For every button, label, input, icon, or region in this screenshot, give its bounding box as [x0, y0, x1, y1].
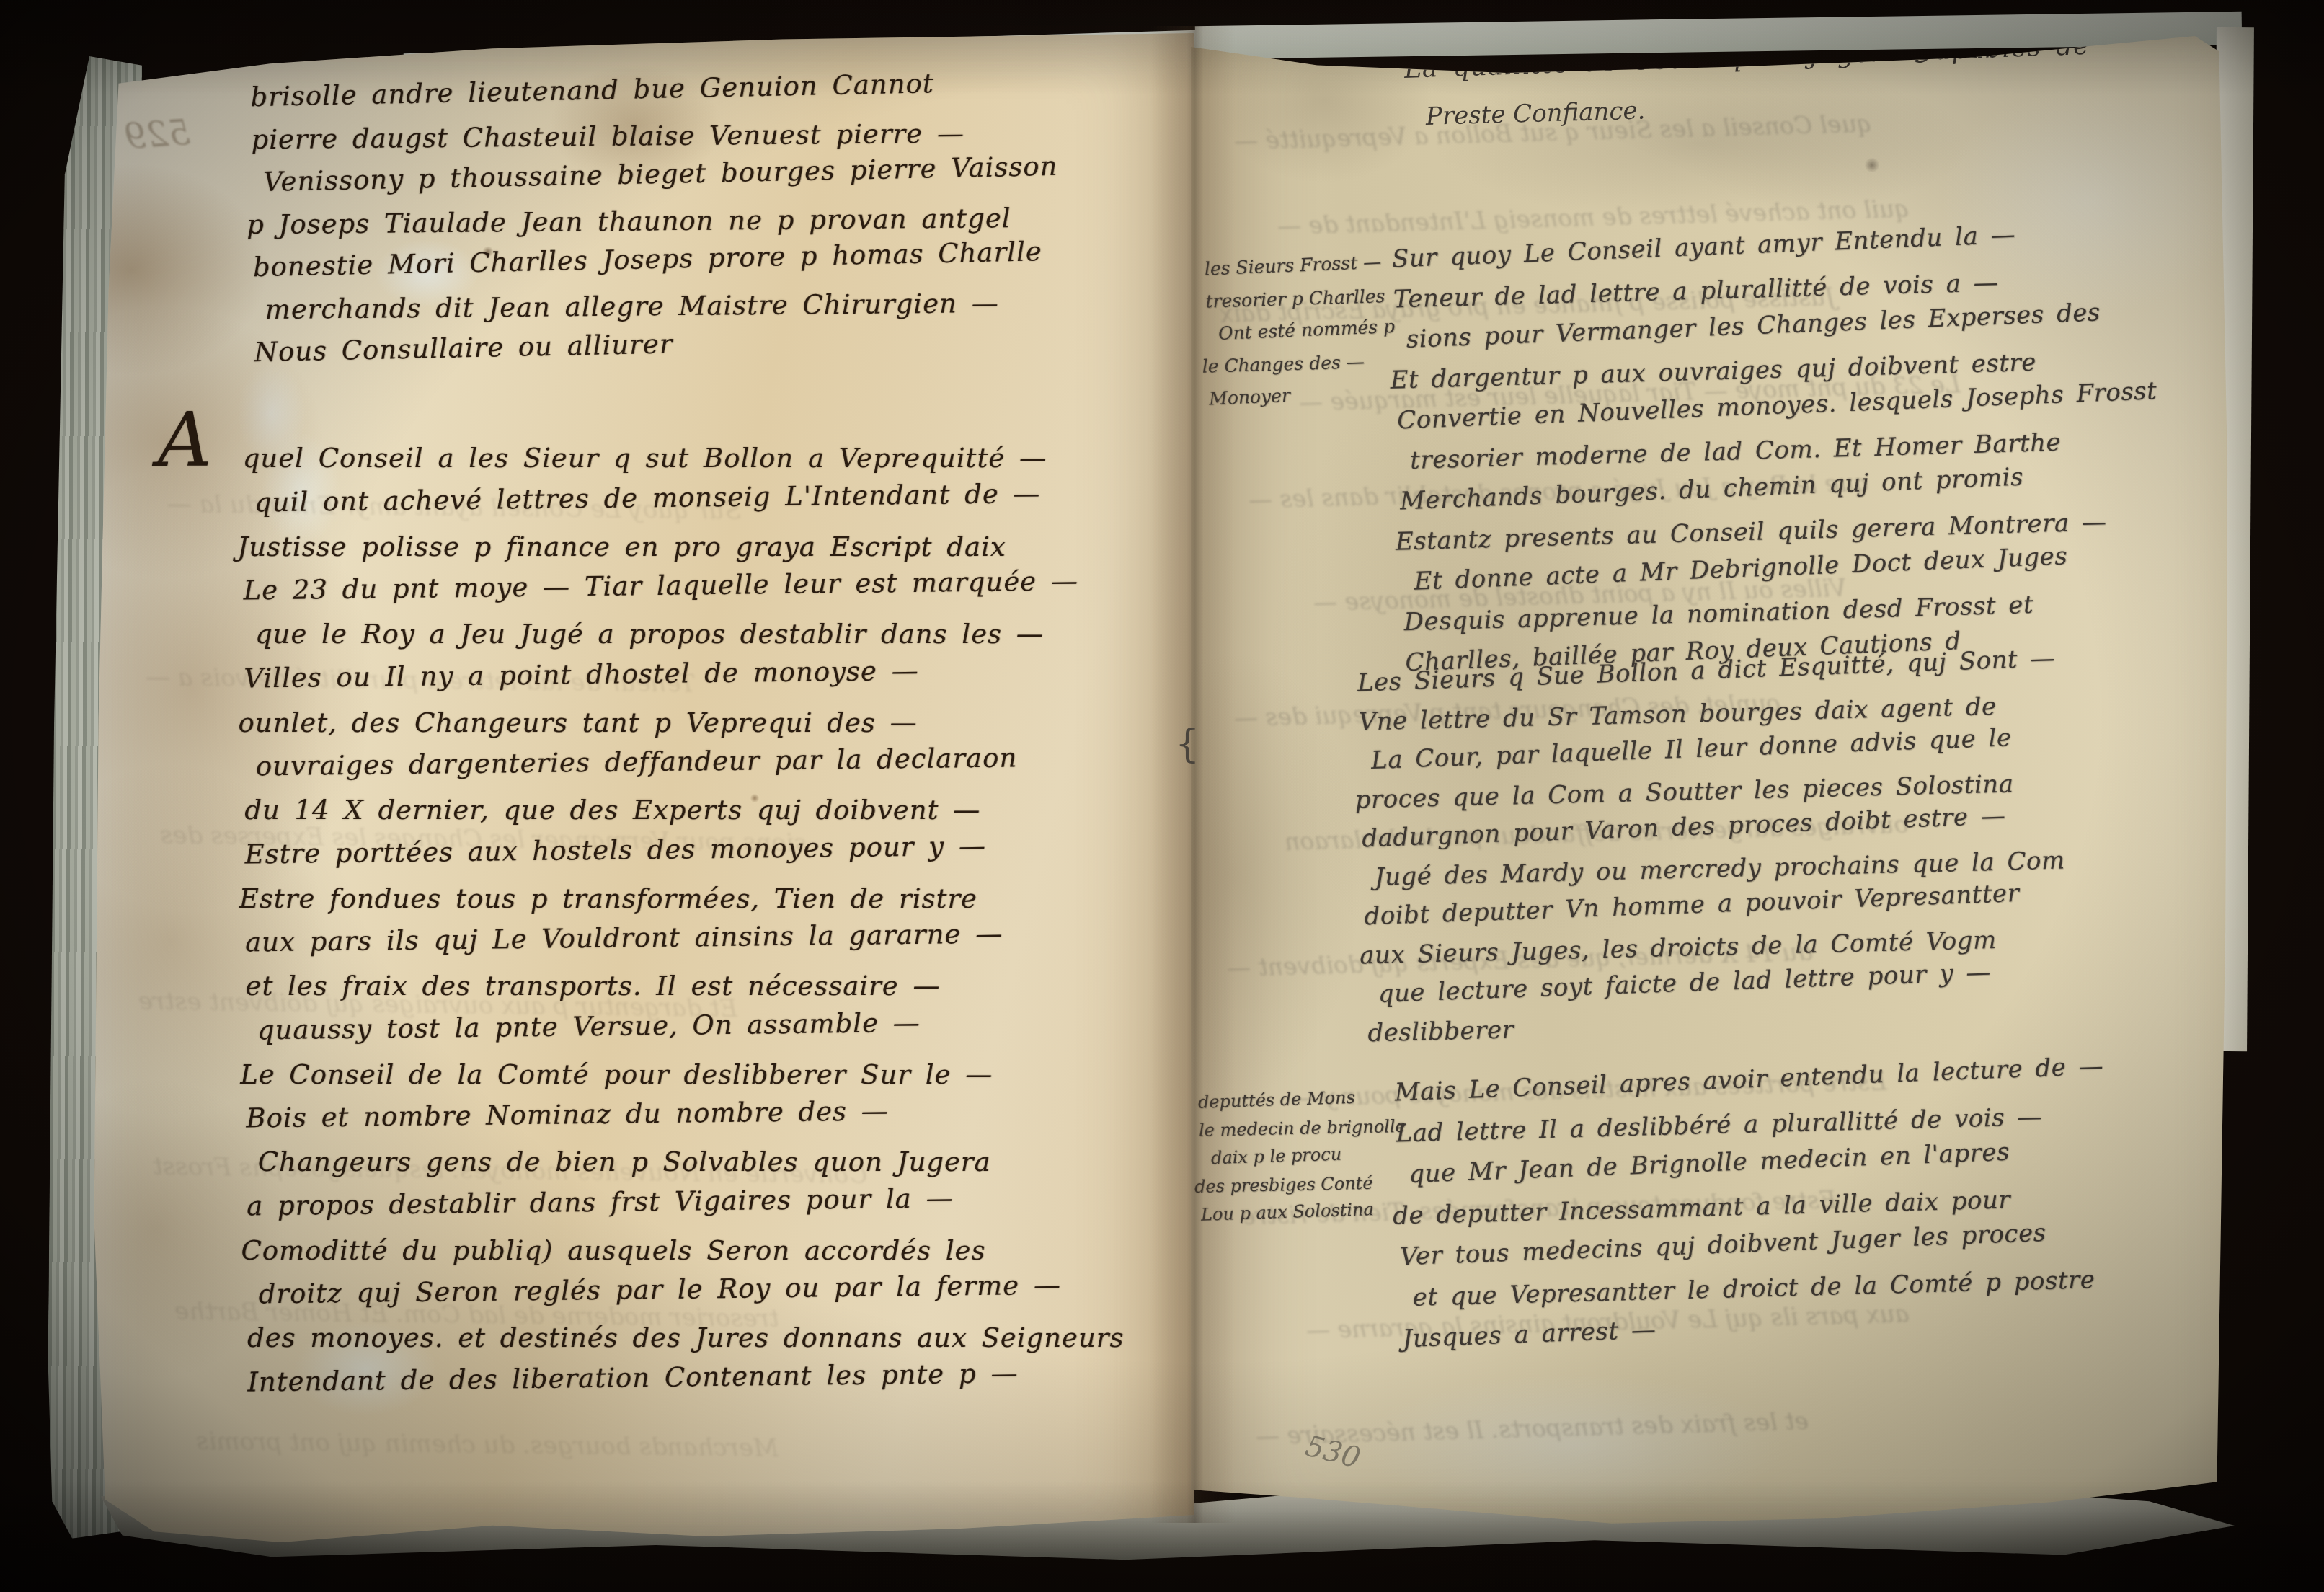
right-paragraph-1: Sur quoy Le Conseil ayant amyr Entendu l…: [1391, 214, 2165, 684]
margin-note-changeurs: les Sieurs Frosst — tresorier p Charlles…: [1204, 247, 1398, 415]
page-subheading: Preste Confiance.: [1425, 97, 1645, 131]
margin-note-deputtes: deputtés de Mons le medecin de brignolle…: [1197, 1083, 1408, 1229]
right-paragraph-3: Mais Le Conseil apres avoir entendu la l…: [1394, 1051, 2112, 1361]
margin-note-line: daix p le procu: [1210, 1138, 1406, 1173]
bleed-through-line: Merchands bourges. du chemin quj ont pro…: [196, 1427, 779, 1463]
left-paragraph-2: A quel Conseil a les Sieur q sut Bollon …: [242, 432, 1206, 1405]
gutter-mark: {: [1175, 721, 1199, 766]
manuscript-photo: { "colors": { "background": "#120b07", "…: [0, 0, 2324, 1592]
margin-note-line: Lou p aux Solostina: [1200, 1194, 1408, 1229]
handwritten-line: brisolle andre lieutenand bue Genuion Ca…: [250, 57, 1202, 118]
left-page: Sur quoy Le Conseil ayant amyr Entendu l…: [81, 32, 1194, 1555]
margin-note-line: Ont esté nommés p: [1218, 310, 1396, 350]
paragraph-initial: A: [157, 418, 212, 462]
right-page: quel Conseil a les Sieur q sut Bollon a …: [1191, 10, 2243, 1540]
margin-note-line: deputtés de Mons: [1197, 1082, 1405, 1117]
margin-note-line: les Sieurs Frosst —: [1204, 245, 1393, 286]
ghost-page-number: 529: [123, 112, 192, 157]
margin-note-line: Monoyer: [1208, 375, 1398, 415]
right-paragraph-2: Les Sieurs q Sue Bollon a dict Esquitté,…: [1357, 643, 2070, 1053]
left-paragraph-1: brisolle andre lieutenand bue Genuion Ca…: [250, 63, 1206, 373]
corner-page-number: 530: [1302, 1430, 1363, 1475]
